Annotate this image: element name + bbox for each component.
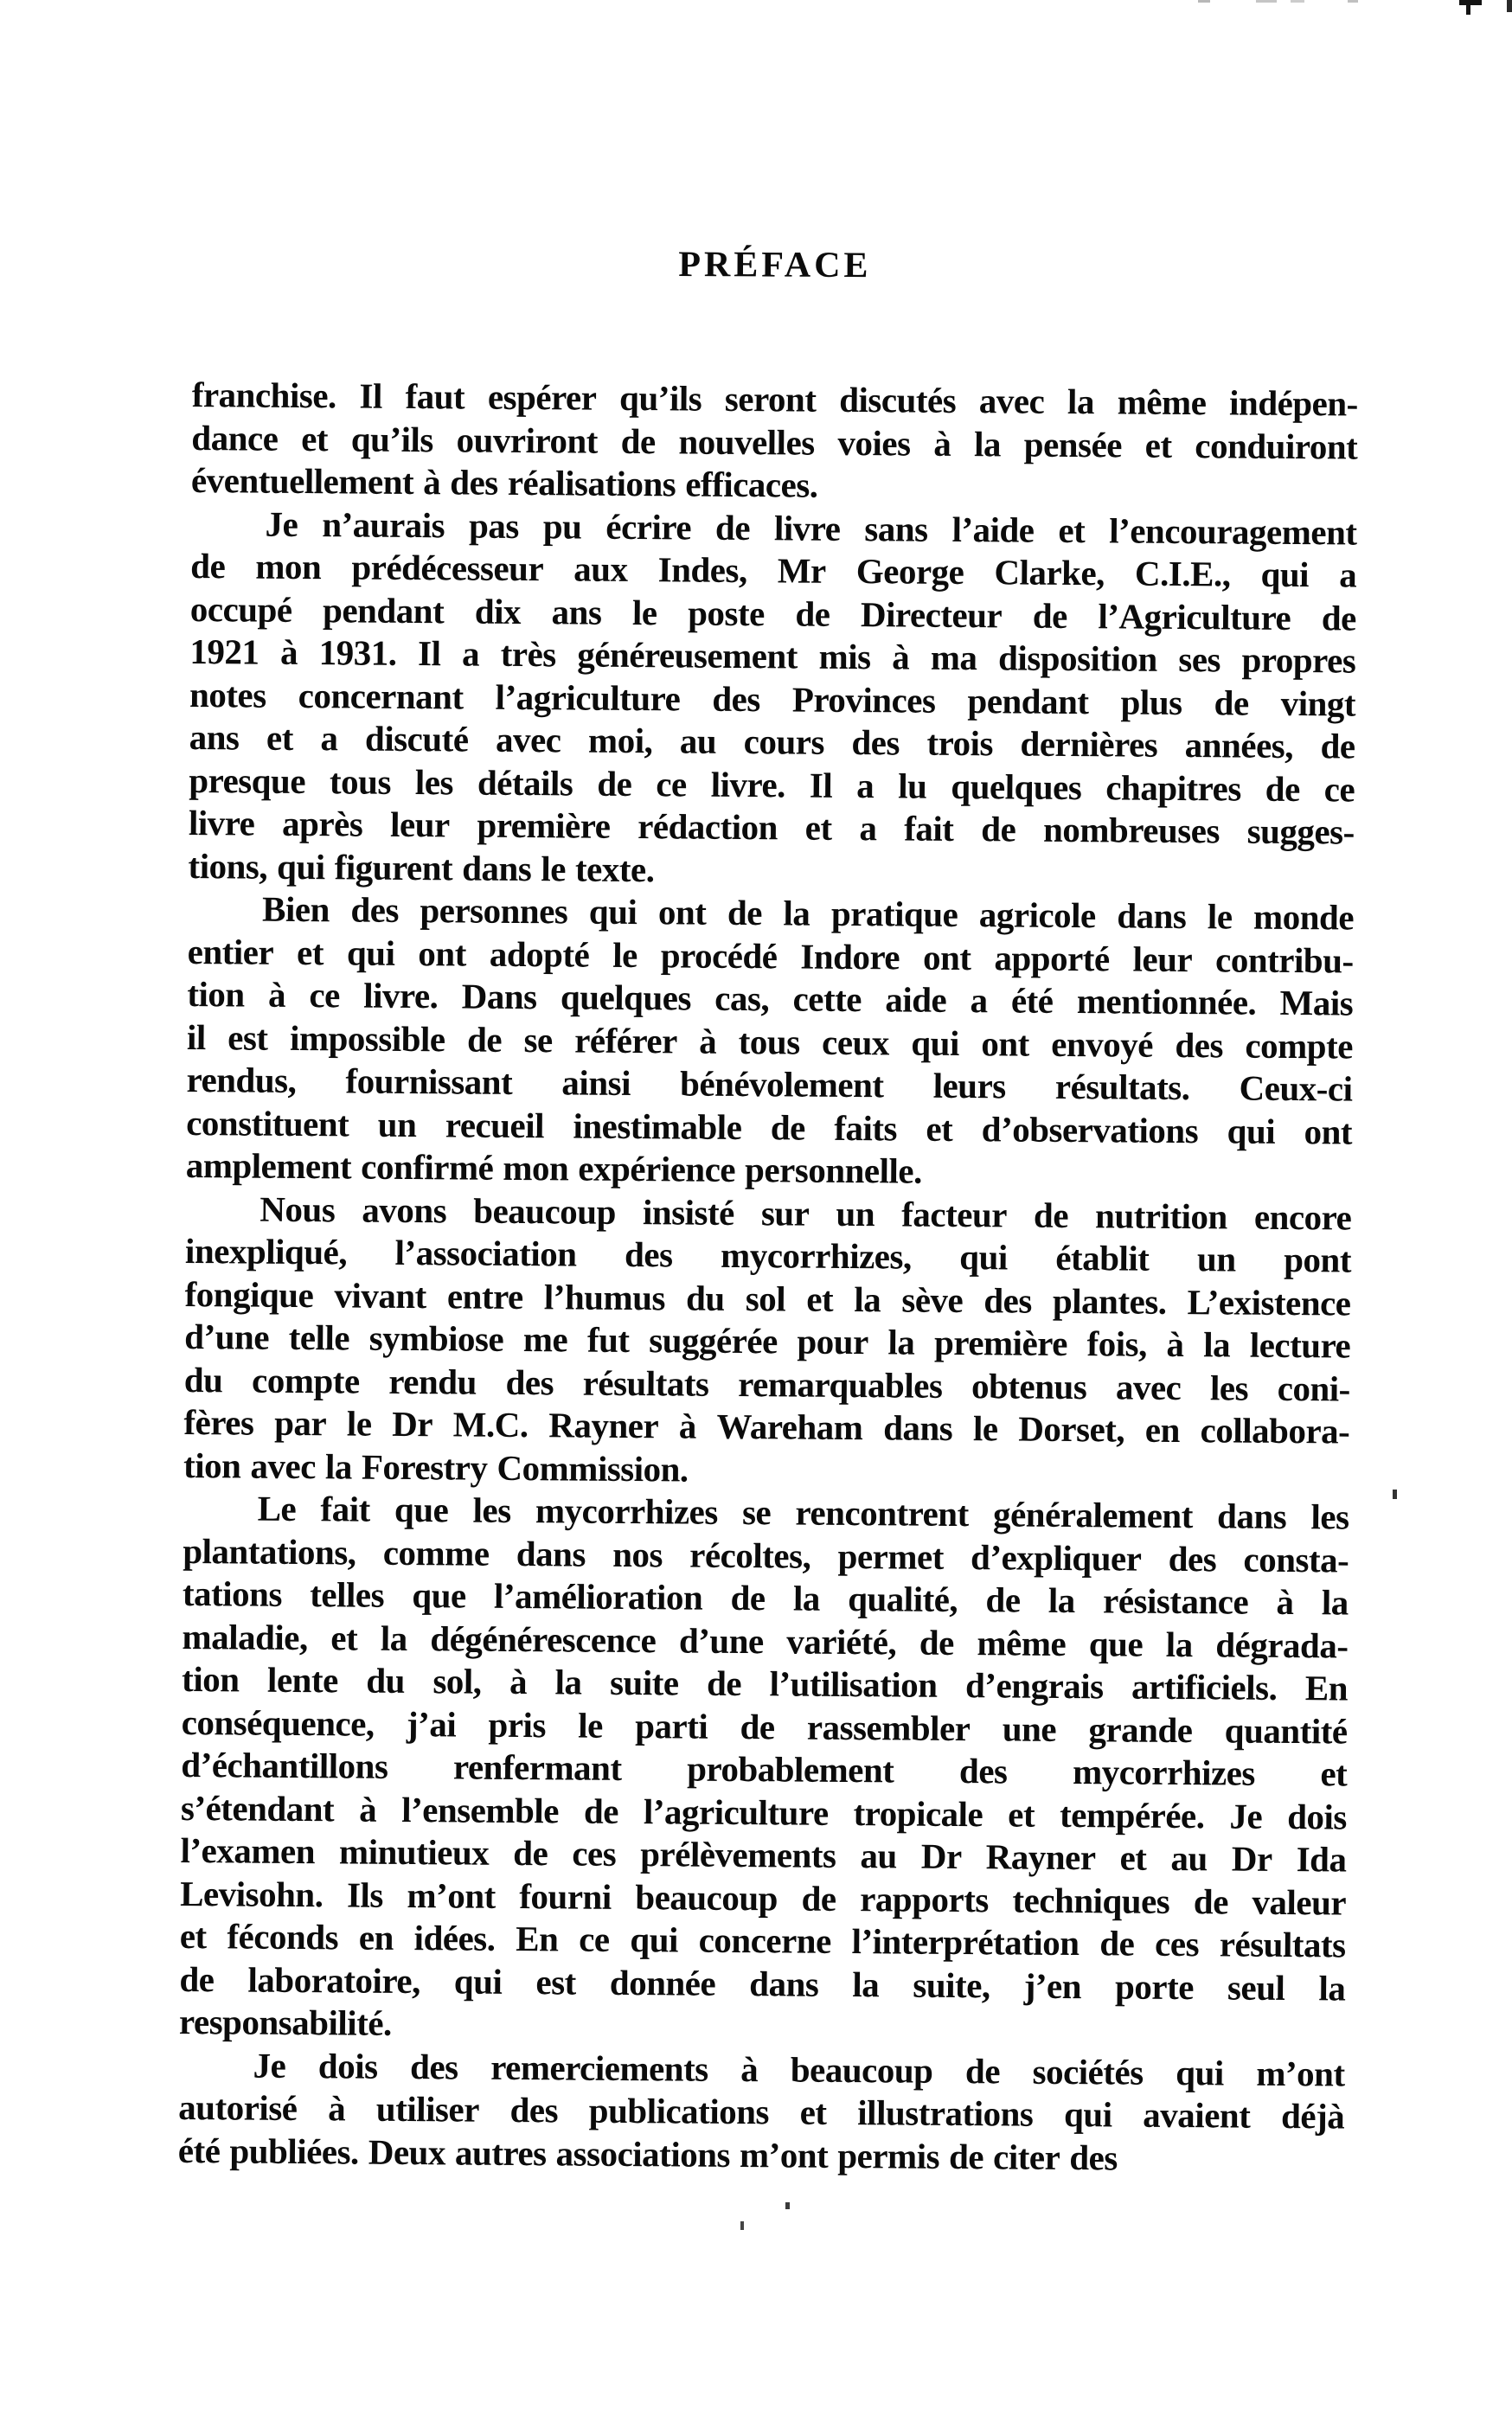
scan-artifact (1348, 0, 1358, 3)
scan-artifact (1393, 1490, 1397, 1499)
paragraph: franchise.Ilfautespérerqu’ilsserontdiscu… (191, 374, 1358, 511)
scan-artifact (1507, 0, 1512, 12)
preface-text: franchise.Ilfautespérerqu’ilsserontdiscu… (178, 374, 1358, 2182)
paragraph: Jen’auraispaspuécriredelivresansl’aideet… (188, 502, 1356, 896)
scan-artifact (1256, 0, 1277, 3)
scanned-book-page: PRÉFACE franchise.Ilfautespérerqu’ilsser… (0, 0, 1512, 2422)
scan-artifact (1466, 4, 1470, 15)
scan-artifact (785, 2202, 790, 2209)
scan-artifact (1198, 0, 1210, 3)
scan-artifact (1291, 0, 1304, 3)
paragraph: Lefaitquelesmycorrhizesserencontrentgéné… (179, 1487, 1349, 2053)
paragraph: Biendespersonnesquiontdelapratiqueagrico… (186, 887, 1355, 1196)
paragraph: Jedoisdesremerciementsàbeaucoupdesociété… (178, 2043, 1345, 2181)
text-line: étépubliées.Deuxautresassociationsm’ontp… (178, 2129, 1344, 2181)
scan-artifact (1459, 0, 1482, 5)
paragraph: Nousavonsbeaucoupinsistésurunfacteurdenu… (183, 1187, 1352, 1496)
page-title: PRÉFACE (192, 244, 1358, 286)
scan-artifact (740, 2221, 744, 2230)
